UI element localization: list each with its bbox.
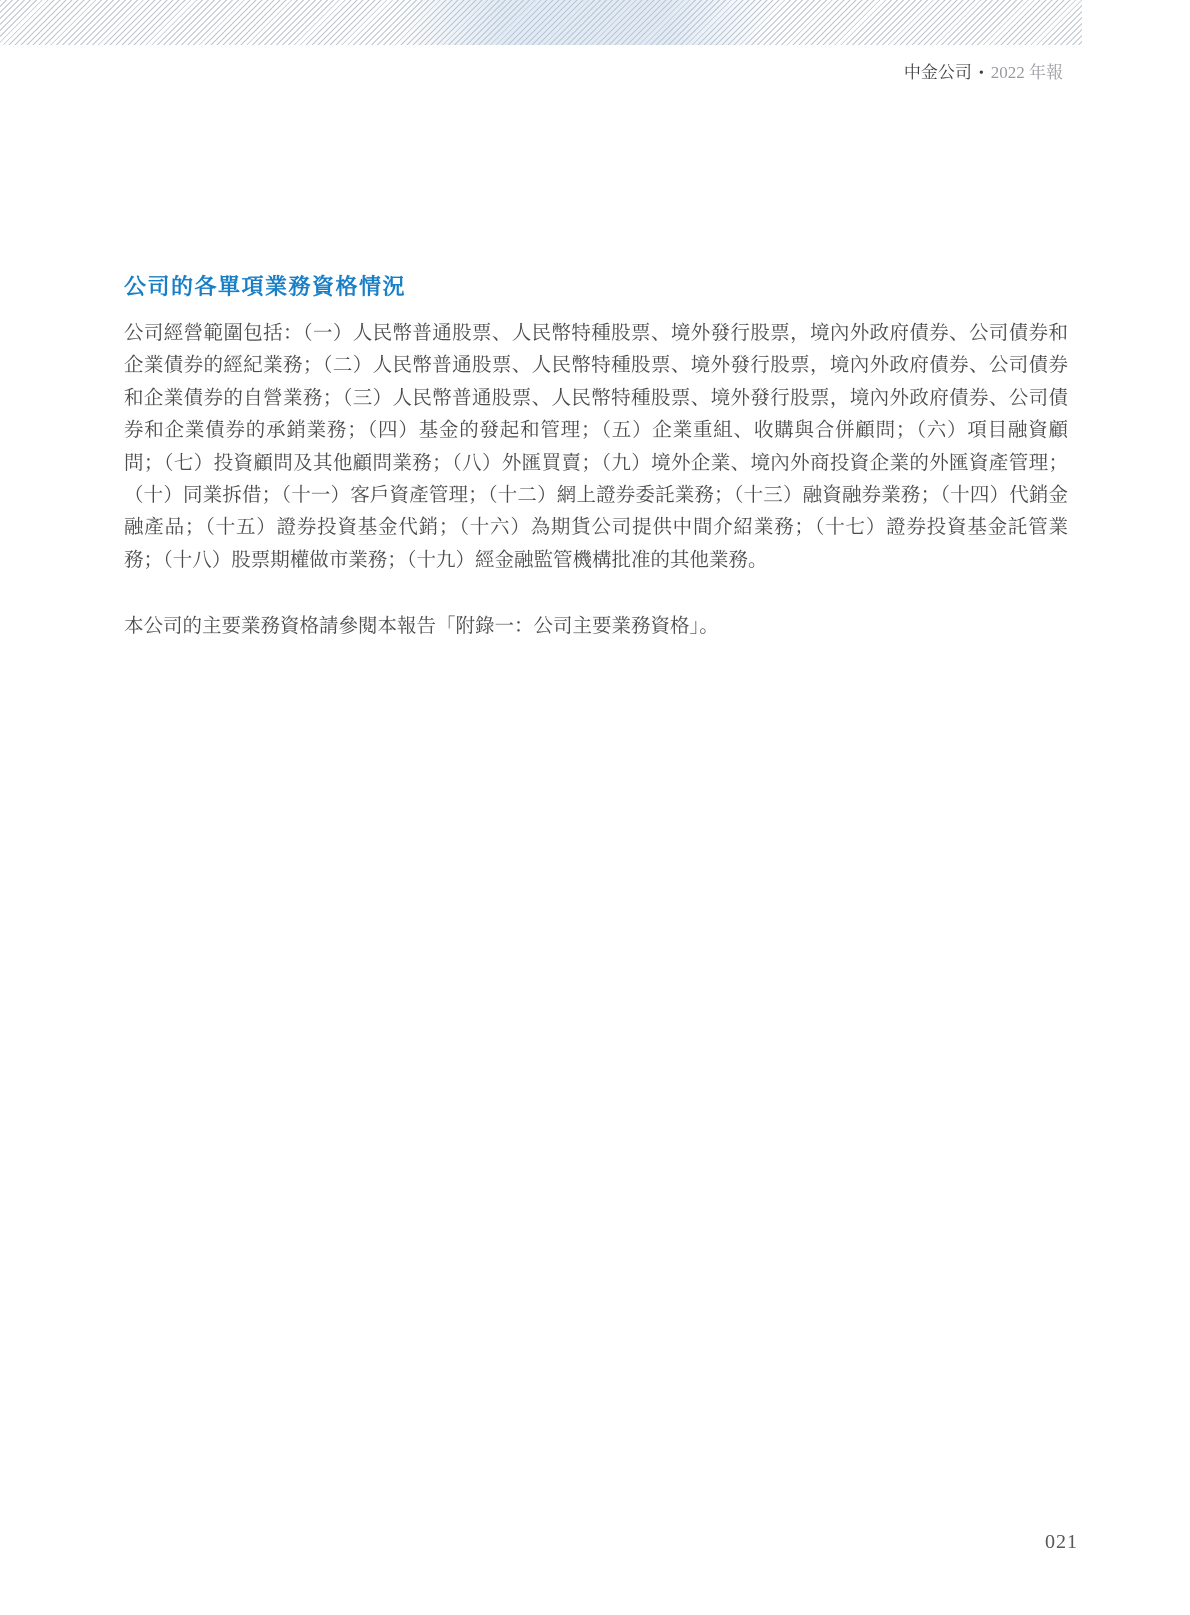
section-title: 公司的各單項業務資格情況 bbox=[124, 270, 406, 301]
top-hatch-band bbox=[0, 0, 1082, 45]
bullet-separator: • bbox=[979, 66, 984, 81]
page-number: 021 bbox=[1045, 1531, 1078, 1554]
report-edition: 2022 年報 bbox=[991, 63, 1063, 82]
reference-paragraph: 本公司的主要業務資格請參閱本報告「附錄一：公司主要業務資格」。 bbox=[124, 610, 1068, 642]
running-header: 中金公司•2022 年報 bbox=[904, 61, 1063, 86]
company-name: 中金公司 bbox=[904, 63, 972, 82]
business-scope-paragraph: 公司經營範圍包括：（一）人民幣普通股票、人民幣特種股票、境外發行股票，境內外政府… bbox=[124, 317, 1068, 576]
report-page: 中金公司•2022 年報 公司的各單項業務資格情況 公司經營範圍包括：（一）人民… bbox=[0, 0, 1190, 1615]
